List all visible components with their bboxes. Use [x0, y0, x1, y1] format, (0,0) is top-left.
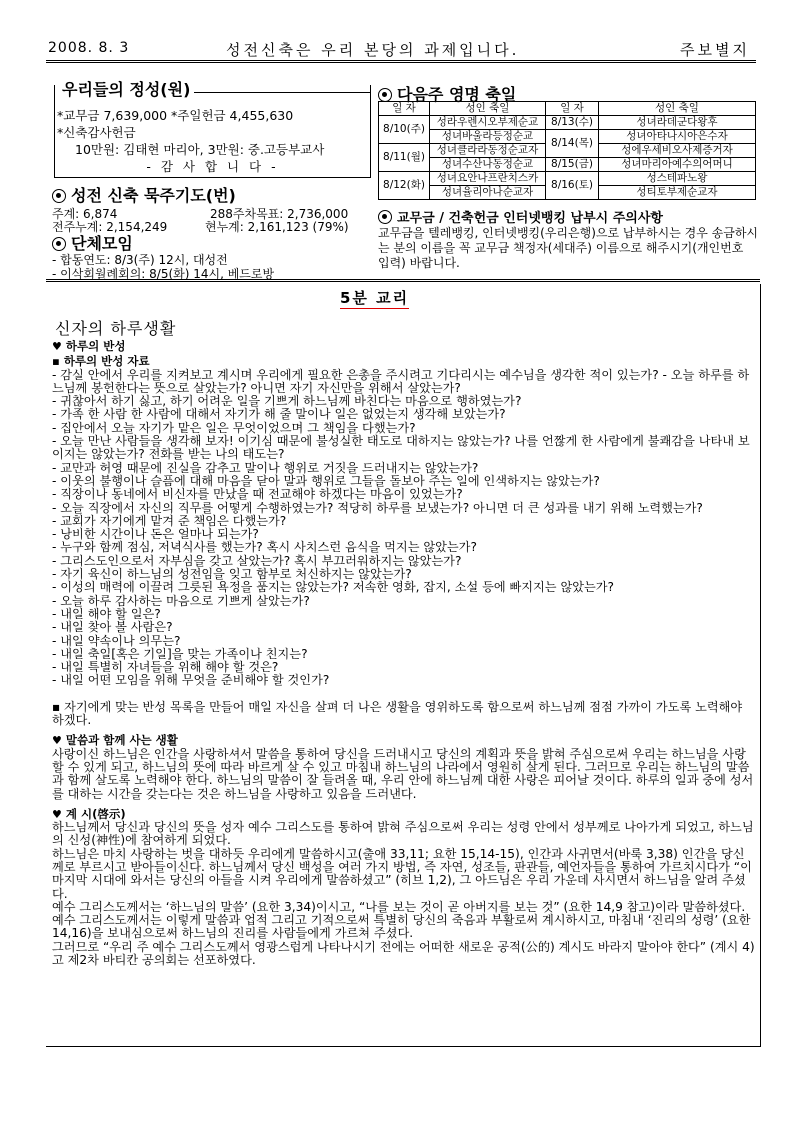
feast-saint: 성에우세비오사제증거자: [599, 144, 756, 158]
section-divider: [46, 279, 760, 282]
part1-sub-text: 하루의 반성 자료: [64, 354, 150, 368]
reflection-item: - 내일 어떤 모임을 위해 무엇을 준비해야 할 것인가?: [52, 674, 756, 687]
header-date: 2008. 8. 3: [48, 40, 129, 56]
feast-saint: 성라우렌시오부제순교: [430, 116, 546, 130]
feast-row: 성녀바울라등정순교 8/14(목) 성녀아타나시아은수자: [379, 130, 756, 144]
offering-line-3: 10만원: 김태현 마리아, 3만원: 중.고등부교사: [75, 140, 324, 158]
prayer-section-title: 성전 신축 묵주기도(번): [52, 183, 236, 206]
reflection-item: - 내일 약속이나 의무는?: [52, 635, 756, 648]
feast-date: 8/11(월): [379, 144, 430, 172]
radio-bullet-icon: [52, 237, 66, 251]
feast-table-header: 일 자 성인 축일 일 자 성인 축일: [379, 102, 756, 116]
reflection-item: - 교만과 허영 때문에 진실을 감추고 말이나 행위로 거짓을 드러내지는 않…: [52, 462, 756, 475]
radio-bullet-icon: [378, 210, 392, 224]
part2-heading-text: 말씀과 함께 사는 생활: [66, 733, 178, 747]
reflection-item: - 오늘 하루 감사하는 마음으로 기쁘게 살았는가?: [52, 595, 756, 608]
notice-section: 교무금 / 건축헌금 인터넷뱅킹 납부시 주의사항 교무금을 텔레뱅킹, 인터넷…: [378, 210, 758, 271]
feast-row: 8/10(주) 성라우렌시오부제순교 8/13(수) 성녀라데군다왕후: [379, 116, 756, 130]
revelation-paragraph: 그러므로 “우리 주 예수 그리스도께서 영광스럽게 나타나시기 전에는 어떠한…: [52, 941, 756, 968]
feast-date: 8/15(금): [546, 158, 599, 172]
part3-heading-text: 계 시(啓示): [66, 807, 126, 821]
lesson-section-title: 5분 교리: [340, 287, 409, 309]
heart-icon: ♥: [52, 734, 62, 747]
feast-date: 8/13(수): [546, 116, 599, 130]
reflection-item: - 감실 안에서 우리를 지켜보고 계시며 우리에게 필요한 은총을 주시려고 …: [52, 369, 756, 396]
page-header: 2008. 8. 3 성전신축은 우리 본당의 과제입니다. 주보별지: [46, 38, 756, 63]
feast-saint: 성녀바울라등정순교: [430, 130, 546, 144]
part1-heading: ♥ 하루의 반성: [52, 340, 756, 353]
feast-header-saint: 성인 축일: [430, 102, 546, 116]
notice-title-text: 교무금 / 건축헌금 인터넷뱅킹 납부시 주의사항: [397, 211, 663, 226]
radio-bullet-icon: [52, 189, 66, 203]
feast-header-date-2: 일 자: [546, 102, 599, 116]
prayer-title-text: 성전 신축 묵주기도(번): [71, 186, 236, 205]
lesson-body: ♥ 하루의 반성 ▪ 하루의 반성 자료 - 감실 안에서 우리를 지켜보고 계…: [52, 340, 756, 967]
feast-date: 8/14(목): [546, 130, 599, 158]
notice-title: 교무금 / 건축헌금 인터넷뱅킹 납부시 주의사항: [378, 210, 758, 226]
feast-saint: 성티토부제순교자: [599, 186, 756, 200]
feast-saint: 성녀율리아나순교자: [430, 186, 546, 200]
reflection-item: - 오늘 직장에서 자신의 직무를 어떻게 수행하였는가? 적당히 하루를 보냈…: [52, 502, 756, 515]
part2-body: 사랑이신 하느님은 인간을 사랑하셔서 말씀을 통하여 당신을 드러내시고 당신…: [52, 748, 756, 801]
revelation-paragraphs: 하느님께서 당신과 당신의 뜻을 성자 예수 그리스도를 통하여 밝혀 주심으로…: [52, 821, 756, 967]
feast-date: 8/16(토): [546, 172, 599, 200]
radio-bullet-icon: [378, 88, 392, 102]
feast-saint: 성녀라데군다왕후: [599, 116, 756, 130]
feast-row: 8/12(화) 성녀요안나프란치스카 8/16(토) 성스테파노왕: [379, 172, 756, 186]
lesson-title: 신자의 하루생활: [55, 316, 176, 339]
reflection-item: - 내일 찾아 볼 사람은?: [52, 621, 756, 634]
header-right-label: 주보별지: [680, 39, 750, 60]
feast-saint: 성녀요안나프란치스카: [430, 172, 546, 186]
offering-line-2: *신축감사헌금: [57, 123, 136, 141]
part1-subheading: ▪ 하루의 반성 자료: [52, 355, 756, 368]
feast-header-saint-2: 성인 축일: [599, 102, 756, 116]
feast-date: 8/12(화): [379, 172, 430, 200]
part2-heading: ♥ 말씀과 함께 사는 생활: [52, 734, 756, 747]
revelation-paragraph: 하느님께서 당신과 당신의 뜻을 성자 예수 그리스도를 통하여 밝혀 주심으로…: [52, 821, 756, 848]
feast-saint: 성녀클라라동정순교자: [430, 144, 546, 158]
offering-title: 우리들의 정성(원): [60, 77, 194, 100]
reflection-item: - 가족 한 사람 한 사람에 대해서 자기가 해 줄 말이나 일은 없었는지 …: [52, 408, 756, 421]
feast-row: 성녀수산나동정순교 8/15(금) 성녀마리아예수의어머니: [379, 158, 756, 172]
feast-saint: 성녀아타나시아은수자: [599, 130, 756, 144]
part1-heading-text: 하루의 반성: [66, 339, 126, 353]
revelation-paragraph: 예수 그리스도께서는 ‘하느님의 말씀’ (요한 3,34)이시고, “나를 보…: [52, 901, 756, 941]
part1-conclusion: ▪ 자기에게 맞는 반성 목록을 만들어 매일 자신을 살펴 더 나은 생활을 …: [52, 701, 756, 728]
reflection-item: - 오늘 만난 사람들을 생각해 보자! 이기심 때문에 불성실한 태도로 대하…: [52, 435, 756, 462]
notice-body: 교무금을 텔레뱅킹, 인터넷뱅킹(우리은행)으로 납부하시는 경우 송금하시는 …: [378, 226, 758, 271]
feast-date: 8/10(주): [379, 116, 430, 144]
offering-thanks: - 감 사 합 니 다 -: [55, 157, 370, 175]
feast-header-date: 일 자: [379, 102, 430, 116]
reflection-item: - 누구와 함께 점심, 저녁식사를 했는가? 혹시 사치스런 음식을 먹지는 …: [52, 541, 756, 554]
revelation-paragraph: 하느님은 마치 사랑하는 벗을 대하듯 우리에게 말씀하시고(출애 33,11;…: [52, 848, 756, 901]
feast-saint: 성녀수산나동정순교: [430, 158, 546, 172]
feast-saint: 성스테파노왕: [599, 172, 756, 186]
prayer-cumulative: 현누계: 2,161,123 (79%): [205, 218, 349, 235]
offering-line-1: *교무금 7,639,000 *주일헌금 4,455,630: [57, 106, 293, 124]
reflection-list: - 감실 안에서 우리를 지켜보고 계시며 우리에게 필요한 은총을 주시려고 …: [52, 369, 756, 688]
heart-icon: ♥: [52, 808, 62, 821]
feast-saint: 성녀마리아예수의어머니: [599, 158, 756, 172]
header-title: 성전신축은 우리 본당의 과제입니다.: [226, 39, 519, 60]
reflection-item: - 직장이나 동네에서 비신자를 만났을 때 전교해야 하겠다는 마음이 있었는…: [52, 488, 756, 501]
feast-table: 일 자 성인 축일 일 자 성인 축일 8/10(주) 성라우렌시오부제순교 8…: [378, 101, 756, 200]
reflection-item: - 이성의 매력에 이끌려 그릇된 욕정을 품지는 않았는가? 저속한 영화, …: [52, 581, 756, 594]
heart-icon: ♥: [52, 340, 62, 353]
